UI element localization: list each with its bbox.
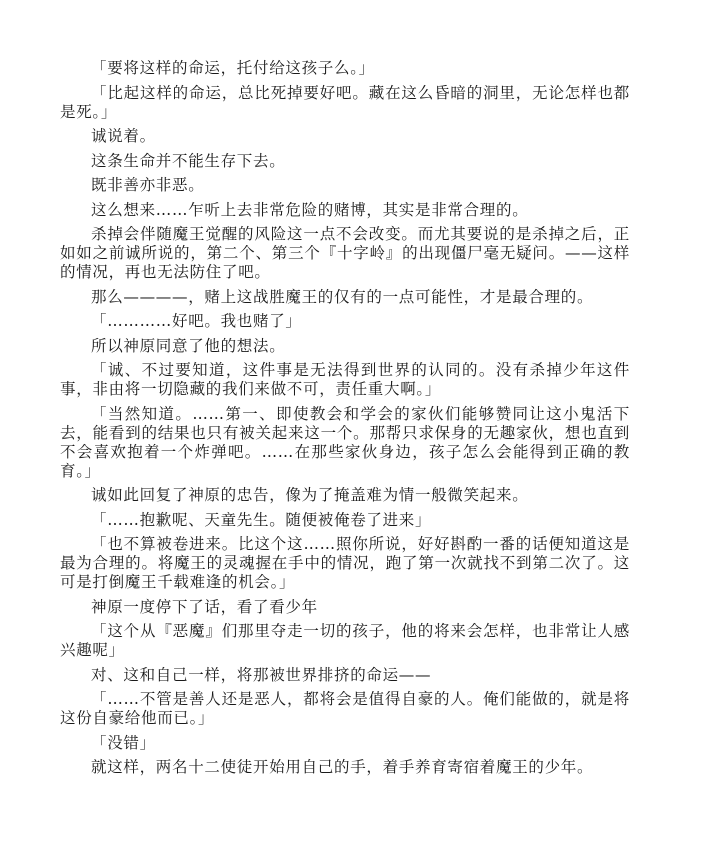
paragraph: 「比起这样的命运，总比死掉要好吧。藏在这么昏暗的洞里，无论怎样也都是死。」 — [60, 84, 630, 122]
paragraph: 那么————，赌上这战胜魔王的仅有的一点可能性，才是最合理的。 — [60, 288, 630, 307]
paragraph: 诚说着。 — [60, 127, 630, 146]
paragraph: 神原一度停下了话，看了看少年 — [60, 598, 630, 617]
paragraph: 「要将这样的命运，托付给这孩子么。」 — [60, 59, 630, 78]
paragraph: 「这个从『恶魔』们那里夺走一切的孩子，他的将来会怎样，也非常让人感兴趣呢」 — [60, 622, 630, 660]
paragraph: 杀掉会伴随魔王觉醒的风险这一点不会改变。而尤其要说的是杀掉之后，正如如之前诚所说… — [60, 225, 630, 282]
paragraph: 所以神原同意了他的想法。 — [60, 337, 630, 356]
paragraph: 就这样，两名十二使徒开始用自己的手，着手养育寄宿着魔王的少年。 — [60, 758, 630, 777]
paragraph: 「没错」 — [60, 734, 630, 753]
paragraph: 这么想来……乍听上去非常危险的赌博，其实是非常合理的。 — [60, 201, 630, 220]
paragraph: 「……抱歉呢、天童先生。随便被俺卷了进来」 — [60, 511, 630, 530]
paragraph: 「当然知道。……第一、即使教会和学会的家伙们能够赞同让这小鬼活下去，能看到的结果… — [60, 405, 630, 481]
document-body: 「要将这样的命运，托付给这孩子么。」 「比起这样的命运，总比死掉要好吧。藏在这么… — [60, 59, 630, 783]
paragraph: 诚如此回复了神原的忠告，像为了掩盖难为情一般微笑起来。 — [60, 486, 630, 505]
paragraph: 「也不算被卷进来。比这个这……照你所说，好好斟酌一番的话便知道这是最为合理的。将… — [60, 535, 630, 592]
paragraph: 这条生命并不能生存下去。 — [60, 152, 630, 171]
paragraph: 「…………好吧。我也赌了」 — [60, 312, 630, 331]
paragraph: 既非善亦非恶。 — [60, 176, 630, 195]
paragraph: 对、这和自己一样，将那被世界排挤的命运—— — [60, 666, 630, 685]
paragraph: 「……不管是善人还是恶人，都将会是值得自豪的人。俺们能做的，就是将这份自豪给他而… — [60, 690, 630, 728]
paragraph: 「诚、不过要知道，这件事是无法得到世界的认同的。没有杀掉少年这件事，非由将一切隐… — [60, 361, 630, 399]
